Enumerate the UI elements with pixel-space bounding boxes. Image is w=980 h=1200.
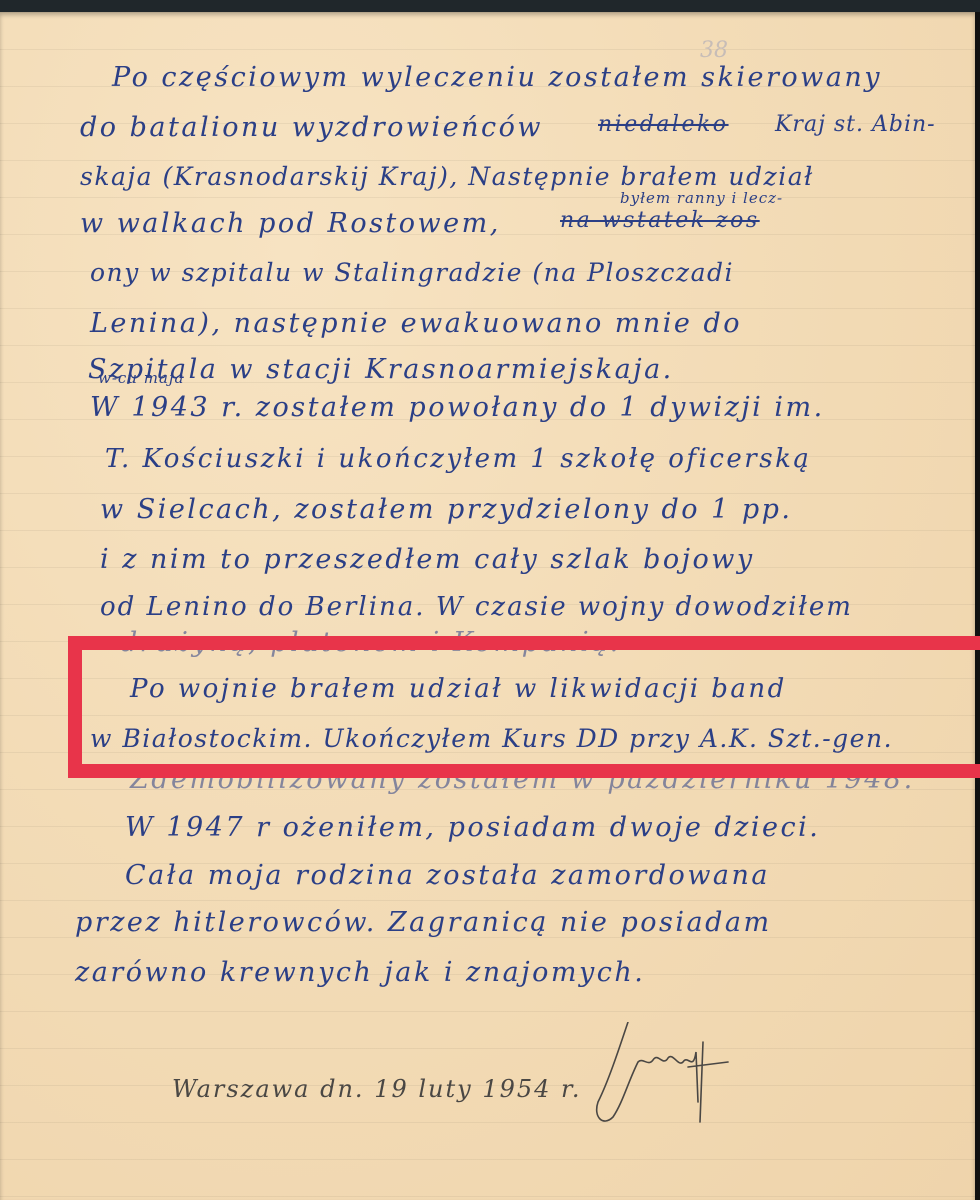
text-line: Kraj st. Abin- [775, 112, 936, 137]
page-right-edge [975, 12, 980, 1200]
insert-above-line: byłem ranny i lecz- [620, 189, 783, 207]
text-line: T. Kościuszki i ukończyłem 1 szkołę ofic… [105, 444, 811, 474]
text-line: zarówno krewnych jak i znajomych. [75, 957, 645, 988]
text-line: Lenina), następnie ewakuowano mnie do [90, 308, 742, 339]
text-line: i z nim to przeszedłem cały szlak bojowy [100, 544, 755, 575]
text-line: do batalionu wyzdrowieńców [80, 112, 543, 143]
signature-icon [588, 1022, 748, 1132]
text-line: od Lenino do Berlina. W czasie wojny dow… [100, 592, 853, 622]
text-line: W 1943 r. zostałem powołany do 1 dywizji… [90, 392, 825, 423]
text-line-partially-hidden: Zdemobilizowany zostałem w październiku … [130, 764, 915, 795]
struck-text: niedaleko [598, 112, 729, 137]
text-line-partially-hidden: drużyną, plutonem i Kompanią. [120, 627, 621, 658]
highlighted-text-line: w Białostockim. Ukończyłem Kurs DD przy … [90, 724, 893, 753]
insert-above-line: w-cu maja [98, 369, 185, 387]
margin-page-mark: 38 [700, 38, 728, 63]
text-line: W 1947 r ożeniłem, posiadam dwoje dzieci… [125, 812, 820, 843]
struck-text: na wstatek zos [560, 208, 760, 233]
text-line: w walkach pod Rostowem, [80, 208, 501, 239]
text-line: skaja (Krasnodarskij Kraj), Następnie br… [80, 162, 814, 191]
text-line: ony w szpitalu w Stalingradzie (na Plosz… [90, 258, 734, 287]
text-line: Cała moja rodzina została zamordowana [125, 860, 770, 891]
highlighted-text-line: Po wojnie brałem udział w likwidacji ban… [130, 674, 787, 704]
top-frame-bar [0, 0, 980, 12]
text-line: w Sielcach, zostałem przydzielony do 1 p… [100, 494, 792, 525]
text-line: Po częściowym wyleczeniu zostałem skiero… [112, 62, 882, 93]
place-and-date: Warszawa dn. 19 luty 1954 r. [172, 1075, 582, 1103]
document-page: 38 Po częściowym wyleczeniu zostałem ski… [0, 12, 975, 1200]
text-line: przez hitlerowców. Zagranicą nie posiada… [75, 907, 772, 938]
